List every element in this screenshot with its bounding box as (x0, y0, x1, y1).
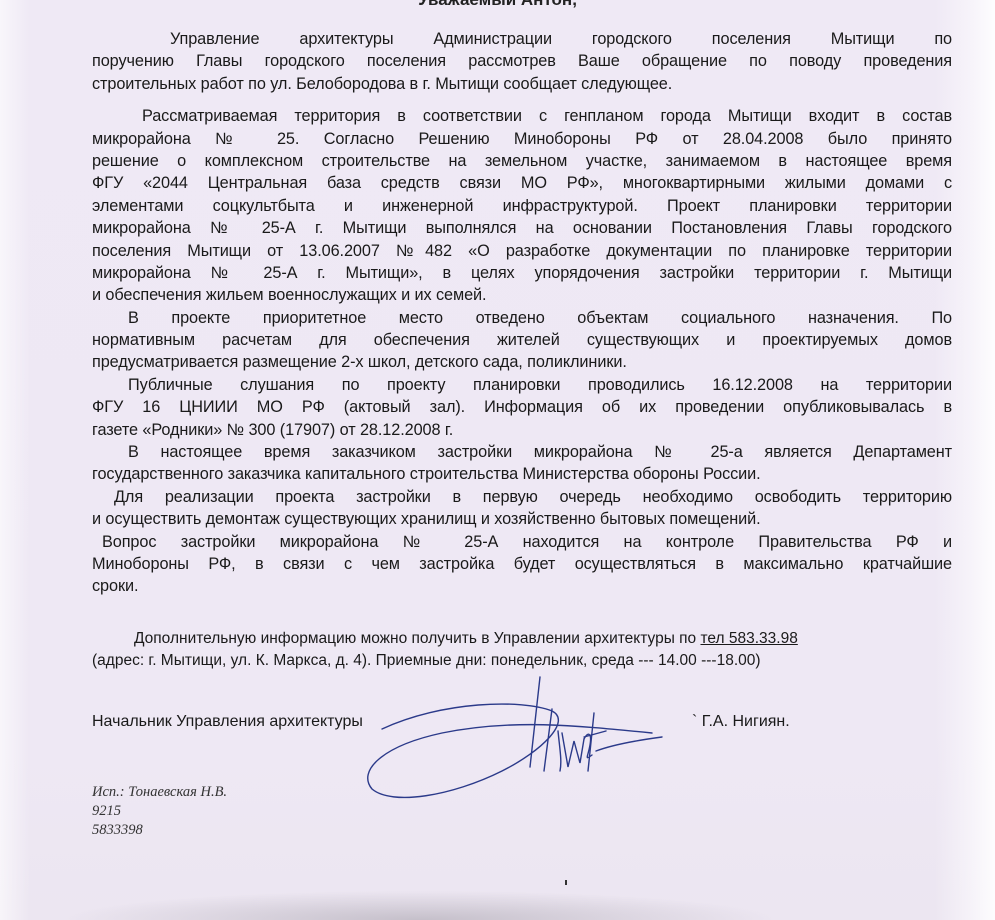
phone-number: тел 583.33.98 (700, 630, 797, 647)
text-line: Минобороны РФ, в связи с чем застройка б… (92, 553, 952, 575)
text-line: микрорайона № 25-А г. Мытищи», в целях у… (92, 262, 952, 284)
text-line: и обеспечения жильем военнослужащих и их… (92, 284, 952, 306)
paragraph-public-hearings: Публичные слушания по проекту планировки… (92, 374, 952, 441)
text-line: поселения Мытищи от 13.06.2007 №482 «О р… (92, 240, 952, 262)
letter-body: Управление архитектуры Администрации гор… (92, 28, 952, 598)
text-line: В настоящее время заказчиком застройки м… (92, 441, 952, 463)
scanned-letter-page: Уважаемый Антон, Управление архитектуры … (0, 0, 995, 920)
text-line: Управление архитектуры Администрации гор… (92, 28, 952, 50)
text-line: В проекте приоритетное место отведено об… (92, 307, 952, 329)
text-line: решение о комплексном строительстве на з… (92, 150, 952, 172)
paragraph-control: Вопрос застройки микрорайона № 25-А нахо… (92, 531, 952, 598)
scan-edge-left (0, 0, 30, 920)
executor-ext: 9215 (92, 802, 227, 821)
text-line: Вопрос застройки микрорайона № 25-А нахо… (92, 531, 952, 553)
executor-info: Исп.: Тонаевская Н.В. 9215 5833398 (92, 783, 227, 840)
paragraph-implementation: Для реализации проекта застройки в перву… (92, 486, 952, 531)
text-line: и осуществить демонтаж существующих хран… (92, 508, 952, 530)
text-line: газете «Родники» № 300 (17907) от 28.12.… (92, 419, 952, 441)
scan-smudge (60, 890, 780, 920)
contact-info: Дополнительную информацию можно получить… (92, 628, 872, 672)
text-line: поручению Главы городского поселения рас… (92, 50, 952, 72)
paragraph-customer: В настоящее время заказчиком застройки м… (92, 441, 952, 486)
text-line: микрорайона № 25. Согласно Решению Миноб… (92, 128, 952, 150)
text-line: нормативным расчетам для обеспечения жит… (92, 329, 952, 351)
text-line: ФГУ «2044 Центральная база средств связи… (92, 172, 952, 194)
executor-name: Исп.: Тонаевская Н.В. (92, 783, 227, 802)
executor-phone: 5833398 (92, 821, 227, 840)
paragraph-social-objects: В проекте приоритетное место отведено об… (92, 307, 952, 374)
scan-speck (565, 880, 567, 885)
contact-text: Дополнительную информацию можно получить… (134, 630, 700, 647)
text-line: Публичные слушания по проекту планировки… (92, 374, 952, 396)
text-line: Для реализации проекта застройки в перву… (92, 486, 952, 508)
paragraph-intro: Управление архитектуры Администрации гор… (92, 28, 952, 95)
text-line: микрорайона № 25-А г. Мытищи выполнялся … (92, 217, 952, 239)
text-line: предусматривается размещение 2-х школ, д… (92, 351, 952, 373)
text-line: сроки. (92, 575, 952, 597)
handwritten-signature-icon (322, 671, 742, 811)
text-line: ФГУ 16 ЦНИИИ МО РФ (актовый зал). Информ… (92, 396, 952, 418)
contact-line-2: (адрес: г. Мытищи, ул. К. Маркса, д. 4).… (92, 650, 872, 672)
text-line: элементами соцкультбыта и инженерной инф… (92, 195, 952, 217)
signatory-name: ` Г.А. Нигиян. (692, 713, 790, 731)
contact-line-1: Дополнительную информацию можно получить… (92, 628, 872, 650)
text-line: Рассматриваемая территория в соответстви… (92, 105, 952, 127)
text-line: строительных работ по ул. Белобородова в… (92, 73, 952, 95)
paragraph-territory: Рассматриваемая территория в соответстви… (92, 105, 952, 307)
text-line: государственного заказчика капитального … (92, 463, 952, 485)
salutation: Уважаемый Антон, (0, 0, 995, 10)
